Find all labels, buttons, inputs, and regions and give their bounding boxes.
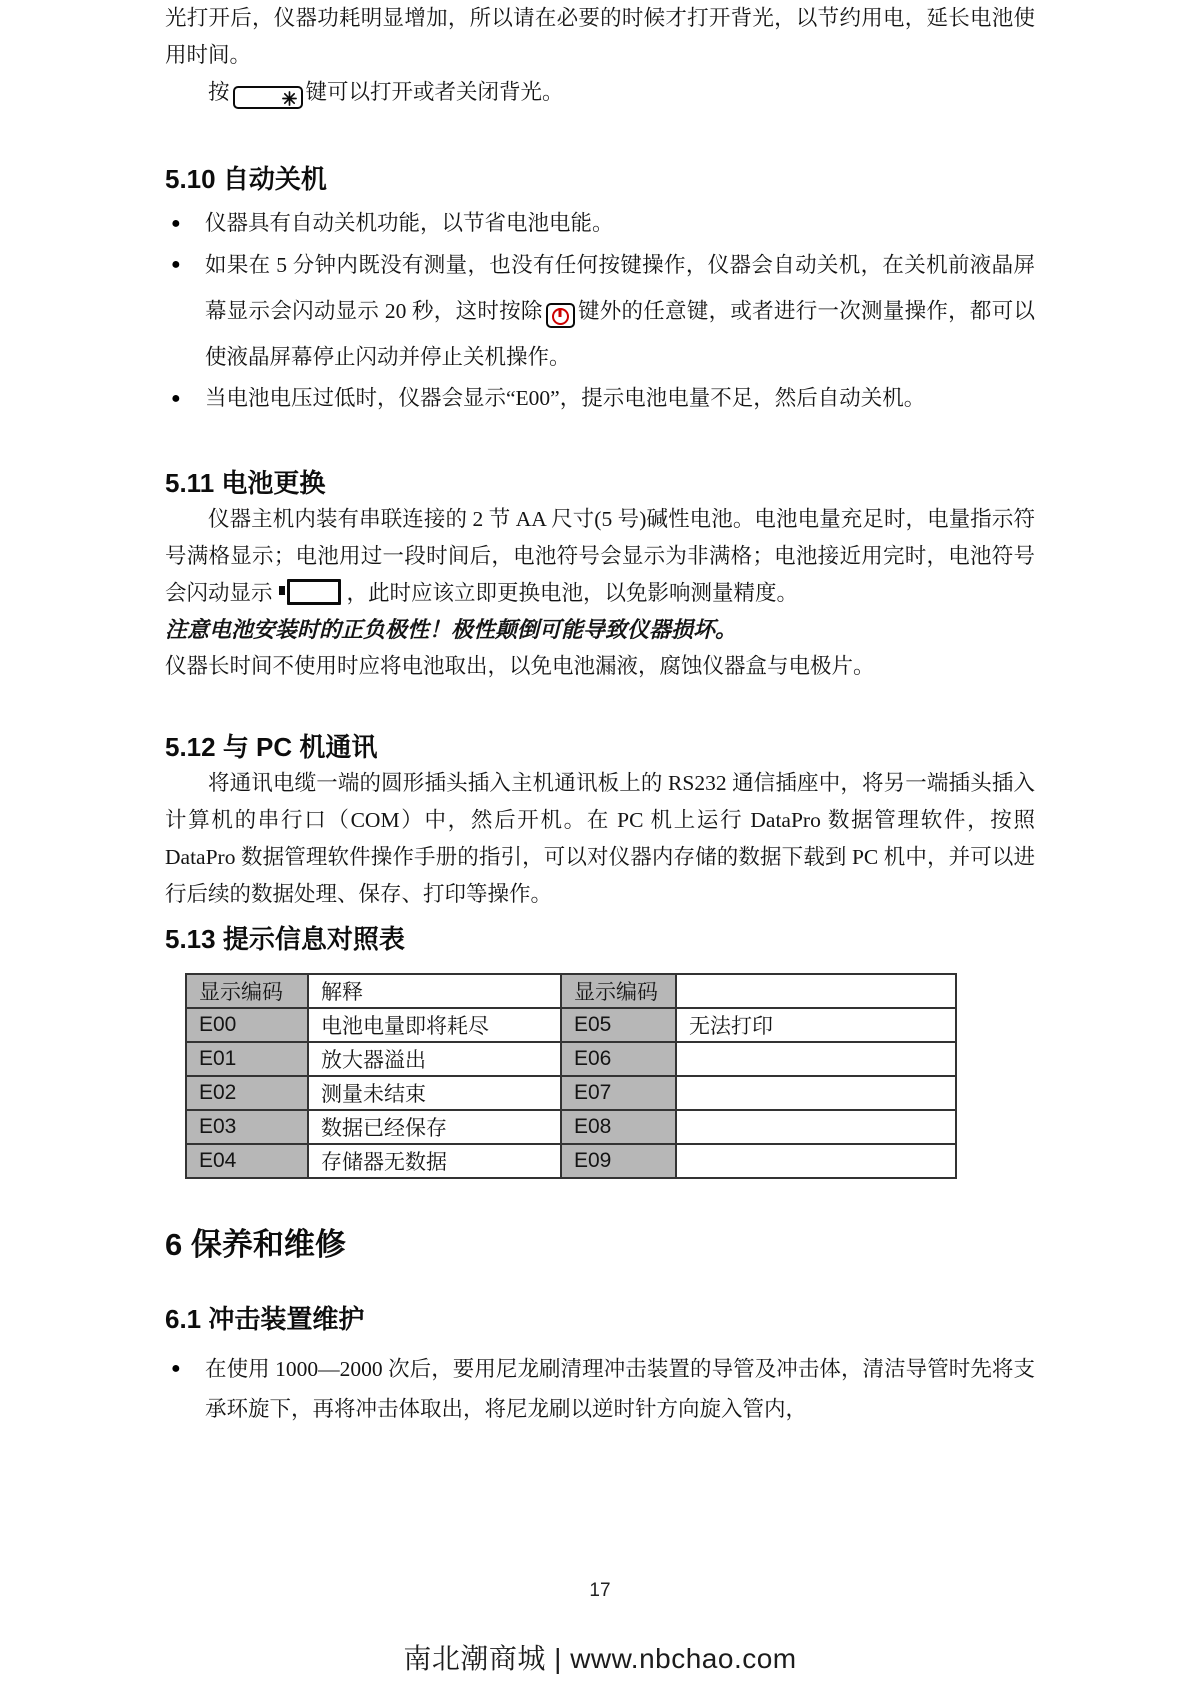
- section-6-1-title: 6.1 冲击装置维护: [165, 1301, 1035, 1337]
- battery-paragraph-post: ，此时应该立即更换电池，以免影响测量精度。: [347, 581, 799, 605]
- header-explanation: 解释: [308, 974, 561, 1008]
- section-5-12-title: 5.12 与 PC 机通讯: [165, 729, 1035, 765]
- power-key-icon: [546, 303, 575, 328]
- table-row: E03 数据已经保存 E08: [186, 1110, 956, 1144]
- header-code-2: 显示编码: [561, 974, 676, 1008]
- bullet-auto-off-1-text: 仪器具有自动关机功能，以节省电池电能。: [205, 211, 614, 235]
- page-number: 17: [0, 1580, 1200, 1602]
- section-5-11-title: 5.11 电池更换: [165, 465, 1035, 501]
- bullet-auto-off-2: 如果在 5 分钟内既没有测量，也没有任何按键操作，仪器会自动关机，在关机前液晶屏…: [165, 242, 1035, 380]
- table-row: E01 放大器溢出 E06: [186, 1042, 956, 1076]
- table-row: E00 电池电量即将耗尽 E05 无法打印: [186, 1008, 956, 1042]
- code-e07: E07: [561, 1076, 676, 1110]
- table-header-row: 显示编码 解释 显示编码: [186, 974, 956, 1008]
- code-e03: E03: [186, 1110, 308, 1144]
- manual-page: 光打开后，仪器功耗明显增加，所以请在必要的时候才打开背光，以节约用电，延长电池使…: [0, 0, 1200, 1697]
- bullet-maintenance-1-text: 在使用 1000—2000 次后，要用尼龙刷清理冲击装置的导管及冲击体，清洁导管…: [205, 1357, 1035, 1421]
- code-e04: E04: [186, 1144, 308, 1178]
- header-empty: [676, 974, 956, 1008]
- backlight-line-pre: 按: [208, 80, 230, 104]
- backlight-line-post: 键可以打开或者关闭背光。: [306, 80, 564, 104]
- code-e05: E05: [561, 1008, 676, 1042]
- asterisk-sun-glyph: [282, 91, 297, 106]
- expl-e02: 测量未结束: [308, 1076, 561, 1110]
- code-e01: E01: [186, 1042, 308, 1076]
- expl-e07: [676, 1076, 956, 1110]
- section-5-10-bullets: 仪器具有自动关机功能，以节省电池电能。 如果在 5 分钟内既没有测量，也没有任何…: [165, 205, 1035, 417]
- bullet-maintenance-1: 在使用 1000—2000 次后，要用尼龙刷清理冲击装置的导管及冲击体，清洁导管…: [165, 1349, 1035, 1429]
- code-e00: E00: [186, 1008, 308, 1042]
- page-content: 光打开后，仪器功耗明显增加，所以请在必要的时候才打开背光，以节约用电，延长电池使…: [0, 0, 1200, 1429]
- expl-e03: 数据已经保存: [308, 1110, 561, 1144]
- battery-storage-note: 仪器长时间不使用时应将电池取出，以免电池漏液，腐蚀仪器盒与电极片。: [165, 648, 1035, 685]
- table-row: E04 存储器无数据 E09: [186, 1144, 956, 1178]
- expl-e06: [676, 1042, 956, 1076]
- section-6-1-bullets: 在使用 1000—2000 次后，要用尼龙刷清理冲击装置的导管及冲击体，清洁导管…: [165, 1349, 1035, 1429]
- code-e08: E08: [561, 1110, 676, 1144]
- code-e09: E09: [561, 1144, 676, 1178]
- code-e06: E06: [561, 1042, 676, 1076]
- bullet-auto-off-1: 仪器具有自动关机功能，以节省电池电能。: [165, 205, 1035, 242]
- section-5-13-title: 5.13 提示信息对照表: [165, 921, 1035, 957]
- footer-watermark: 南北潮商城 | www.nbchao.com: [0, 1637, 1200, 1677]
- section-5-10-title: 5.10 自动关机: [165, 161, 1035, 197]
- battery-empty-icon: [287, 579, 341, 605]
- header-code-1: 显示编码: [186, 974, 308, 1008]
- battery-paragraph: 仪器主机内装有串联连接的 2 节 AA 尺寸(5 号)碱性电池。电池电量充足时，…: [165, 501, 1035, 612]
- backlight-paragraph: 光打开后，仪器功耗明显增加，所以请在必要的时候才打开背光，以节约用电，延长电池使…: [165, 0, 1035, 74]
- bullet-auto-off-3: 当电池电压过低时，仪器会显示“E00”，提示电池电量不足，然后自动关机。: [165, 380, 1035, 417]
- power-symbol: [552, 308, 569, 325]
- battery-polarity-warning: 注意电池安装时的正负极性！极性颠倒可能导致仪器损坏。: [165, 612, 1035, 648]
- expl-e04: 存储器无数据: [308, 1144, 561, 1178]
- bullet-auto-off-3-text: 当电池电压过低时，仪器会显示“E00”，提示电池电量不足，然后自动关机。: [205, 386, 925, 410]
- error-code-table: 显示编码 解释 显示编码 E00 电池电量即将耗尽 E05 无法打印 E01 放…: [185, 973, 957, 1179]
- expl-e01: 放大器溢出: [308, 1042, 561, 1076]
- pc-comm-paragraph: 将通讯电缆一端的圆形插头插入主机通讯板上的 RS232 通信插座中，将另一端插头…: [165, 765, 1035, 913]
- table-row: E02 测量未结束 E07: [186, 1076, 956, 1110]
- expl-e09: [676, 1144, 956, 1178]
- chapter-6-title: 6 保养和维修: [165, 1225, 1035, 1265]
- backlight-key-line: 按键可以打开或者关闭背光。: [165, 74, 1035, 111]
- code-e02: E02: [186, 1076, 308, 1110]
- backlight-key-icon: [233, 86, 303, 109]
- expl-e05: 无法打印: [676, 1008, 956, 1042]
- expl-e00: 电池电量即将耗尽: [308, 1008, 561, 1042]
- expl-e08: [676, 1110, 956, 1144]
